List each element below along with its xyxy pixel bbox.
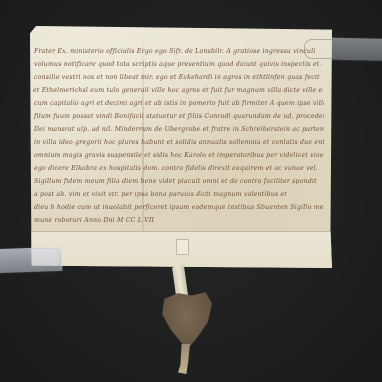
text-line: consilio vestri nos et non libeat mir. e… [34, 72, 322, 84]
charter-parchment: Frater Ex. ministerio officialis Ergo eg… [30, 26, 332, 268]
text-line: Sigillum fidem meum filia diem bene vide… [34, 176, 324, 188]
text-line: filum fuum posset vindi Bonifacii statue… [34, 111, 324, 123]
text-line: dieu h hodie cum ut inuolabit perficeret… [34, 202, 324, 214]
mounting-strip-left [0, 247, 62, 273]
text-line: in villa ideo gregorii hoc plures habunt… [34, 137, 324, 149]
text-line: volumus notificare quod tota scriptis aq… [34, 59, 322, 71]
seal-tag-slot [176, 239, 189, 255]
text-line: a post ab. vim et vixit vtr. per ipsa bo… [34, 189, 324, 201]
text-line: cum capitalio agri et decimi agri et ab … [34, 98, 324, 110]
plica-fold [30, 231, 332, 268]
dating-clause-line: mune roborari Anno Dni M CC L VII [34, 215, 194, 227]
text-line: Frater Ex. ministerio officialis Ergo eg… [34, 46, 322, 58]
text-line: ego dicere Elkobra ex hospitalis dom. co… [34, 163, 324, 175]
text-line: Dei mansrat ulp. ad nil. Minderrum de Ub… [34, 124, 324, 136]
text-line: et Ethelmerichsl eum tulo generali ville… [33, 85, 323, 97]
text-line: omnium magis gravis suspensile et sidis … [34, 150, 324, 162]
